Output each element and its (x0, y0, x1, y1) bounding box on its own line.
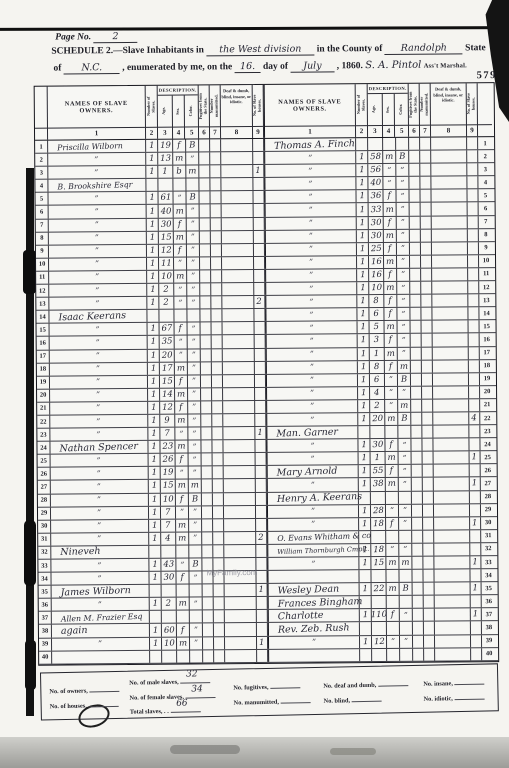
owner-name-cell: ” (266, 335, 358, 348)
entry-cell: 10 (161, 493, 176, 505)
entry-cell (222, 283, 254, 295)
entry-cell (225, 623, 257, 635)
entry-cell: ” (386, 544, 399, 556)
row-number-left: 39 (39, 638, 52, 650)
entry-cell: 1 (371, 452, 386, 464)
entry-cell: 1 (359, 557, 371, 569)
owner-name-cell: Henry A. Keerans (267, 492, 359, 505)
entry-cell: ” (176, 467, 189, 479)
entry-cell (253, 178, 264, 190)
owner-name-cell: ” (49, 218, 147, 231)
entry-cell: 40 (159, 205, 174, 217)
entry-cell: ” (189, 506, 202, 518)
owner-name-cell (267, 570, 359, 583)
entry-cell: 5 (370, 321, 385, 333)
entry-cell: 1 (357, 217, 369, 229)
entry-cell (470, 569, 481, 581)
entry-cell (222, 257, 254, 269)
entry-cell: 1 (148, 415, 160, 427)
footer-insane-block: No. insane, No. idiotic, (423, 677, 485, 707)
entry-cell (221, 191, 253, 203)
entry-cell (201, 388, 212, 400)
owner-name-cell: ” (49, 258, 147, 271)
entry-cell (210, 192, 221, 204)
entry-cell (410, 242, 421, 254)
enumerated-label: , enumerated by me, on the (122, 62, 232, 73)
entry-cell (255, 375, 266, 387)
entry-cell: B (396, 151, 409, 163)
entry-cell: 1 (358, 374, 370, 386)
entry-cell (383, 138, 396, 150)
entry-cell: ” (187, 283, 200, 295)
owner-name-cell: ” (267, 452, 359, 465)
entry-cell: 1 (357, 230, 369, 242)
year-label: , 1860. (337, 61, 363, 71)
entry-cell (223, 322, 255, 334)
entry-cell (467, 163, 478, 175)
blind-label: No. blind, (324, 697, 351, 705)
owner-name-cell: Mary Arnold (267, 466, 359, 479)
entry-cell (423, 478, 434, 490)
entry-cell: 1 (146, 140, 158, 152)
entry-cell: 1 (357, 204, 369, 216)
col-description-right: DESCRIPTION. Age.3 Sex.4 Color.5 (368, 84, 409, 137)
row-number-left: 16 (37, 337, 50, 349)
entry-cell: f (175, 323, 188, 335)
entry-cell: f (175, 401, 188, 413)
row-number-left: 3 (35, 167, 48, 179)
entry-cell: ” (190, 598, 203, 610)
entry-cell: ” (387, 635, 400, 647)
owner-name-cell: ” (268, 636, 360, 649)
entry-cell: 36 (368, 190, 383, 202)
female-slaves-value: 34 (191, 684, 203, 694)
entry-cell (409, 190, 420, 202)
entry-cell: 60 (162, 624, 177, 636)
owner-name-cell: ” (51, 493, 149, 506)
entry-cell (225, 610, 257, 622)
entry-cell (202, 454, 213, 466)
entry-cell (431, 150, 467, 162)
entry-cell (225, 650, 257, 662)
owner-name-cell: ” (265, 230, 357, 243)
entry-cell (411, 386, 422, 398)
owner-name-cell: ” (267, 479, 359, 492)
entry-cell (399, 531, 412, 543)
entry-cell: ” (398, 334, 411, 346)
entry-cell (174, 310, 187, 322)
entry-cell (201, 349, 212, 361)
row-number-left: 32 (38, 547, 51, 559)
owner-name-cell: ” (49, 271, 147, 284)
entry-cell: 6 (369, 308, 384, 320)
entry-cell (467, 150, 478, 162)
entry-cell (432, 294, 468, 306)
entry-cell (256, 506, 267, 518)
entry-cell (420, 177, 431, 189)
entry-cell (468, 268, 479, 280)
entry-cell: 14 (160, 388, 175, 400)
entry-cell: 1 (147, 258, 159, 270)
entry-cell (222, 296, 254, 308)
entry-cell: ” (397, 229, 410, 241)
row-number-left: 18 (37, 363, 50, 375)
entry-cell (413, 609, 424, 621)
entry-cell: 1 (470, 517, 481, 529)
owner-name-cell: ” (266, 348, 358, 361)
entry-cell (409, 151, 420, 163)
entry-cell: 1 (470, 451, 481, 463)
entry-cell (212, 323, 223, 335)
entry-cell (423, 543, 434, 555)
owner-name-cell: ” (265, 243, 357, 256)
owner-name-cell: ” (50, 415, 148, 428)
owner-name-cell: William Thornburgh Cmplt. (267, 544, 359, 557)
owner-name-cell: ” (50, 376, 148, 389)
entry-cell (221, 152, 253, 164)
col-number-of-slaves-left: Number of Slaves. 2 (146, 86, 158, 139)
entry-cell: 1 (358, 400, 370, 412)
entry-cell: 15 (371, 557, 386, 569)
entry-cell (190, 585, 203, 597)
row-number-right: 32 (481, 543, 495, 555)
entry-cell (412, 530, 423, 542)
entry-cell: ” (397, 269, 410, 281)
owner-name-cell: ” (51, 454, 149, 467)
row-number-left: 38 (39, 625, 52, 637)
entry-cell (433, 347, 469, 359)
entry-cell (221, 139, 253, 151)
entry-cell (422, 334, 433, 346)
entry-cell: 11 (159, 257, 174, 269)
entry-cell: 56 (368, 164, 383, 176)
entry-cell: 110 (372, 609, 387, 621)
entry-cell (201, 323, 212, 335)
row-number-left: 26 (38, 468, 51, 480)
entry-cell: ” (187, 218, 200, 230)
entry-cell (162, 650, 177, 662)
row-number-left: 40 (39, 651, 52, 663)
schedule-table: NAMES OF SLAVE OWNERS. 1 Number of Slave… (34, 82, 500, 665)
entry-cell: ” (174, 257, 187, 269)
entry-cell (371, 492, 386, 504)
row-number-right: 8 (479, 229, 493, 241)
entry-cell: 30 (369, 217, 384, 229)
owner-name-cell: Frances Bingham (268, 596, 360, 609)
entry-cell: 1 (359, 505, 371, 517)
entry-cell (410, 308, 421, 320)
entry-cell: ” (398, 387, 411, 399)
entry-cell (399, 491, 412, 503)
entry-cell: ” (188, 441, 201, 453)
owner-name-cell: ” (51, 480, 149, 493)
entry-cell (433, 321, 469, 333)
entry-cell (254, 270, 265, 282)
entry-cell: ” (187, 297, 200, 309)
entry-cell: ” (186, 153, 199, 165)
entry-cell: 10 (162, 637, 177, 649)
idiotic-label: No. idiotic, (424, 695, 453, 703)
row-number-right: 19 (480, 373, 494, 385)
entry-cell (161, 546, 176, 558)
entry-cell (410, 216, 421, 228)
division-blank: the West division (206, 44, 314, 57)
entry-cell: 17 (160, 362, 175, 374)
entry-cell: 1 (358, 335, 370, 347)
owner-name-cell: ” (265, 204, 357, 217)
entry-cell (411, 321, 422, 333)
entry-cell: f (385, 360, 398, 372)
entry-cell (423, 517, 434, 529)
entry-cell (434, 504, 470, 516)
entry-cell (210, 139, 221, 151)
entry-cell (412, 452, 423, 464)
entry-cell: 1 (147, 218, 159, 230)
entry-cell (202, 467, 213, 479)
entry-cell (371, 570, 386, 582)
entry-cell: 1 (255, 427, 266, 439)
entry-cell: 1 (158, 166, 173, 178)
entry-cell: f (384, 308, 397, 320)
state-value: N.C. (81, 62, 102, 73)
entry-cell (412, 517, 423, 529)
male-slaves-value: 32 (186, 669, 198, 679)
owner-name-cell: Allen M. Frazier Esq (52, 611, 150, 624)
owner-name-cell: ” (52, 637, 150, 650)
entry-cell: 1 (359, 452, 371, 464)
entry-cell (413, 596, 424, 608)
entry-cell (221, 165, 253, 177)
entry-cell: m (177, 598, 190, 610)
entry-cell (424, 609, 435, 621)
entry-cell (413, 648, 424, 660)
entry-cell: ” (385, 374, 398, 386)
entry-cell: 1 (360, 583, 372, 595)
row-number-left: 24 (37, 442, 50, 454)
entry-cell (424, 622, 435, 634)
entry-cell (255, 440, 266, 452)
entry-cell: m (383, 151, 396, 163)
entry-cell: 1 (147, 244, 159, 256)
table-body: 1Priscilla Wilborn119fBThomas A. Finch12… (35, 137, 498, 664)
schedule-title-line: SCHEDULE 2.—Slave Inhabitants in the Wes… (51, 42, 485, 57)
entry-cell (424, 648, 435, 660)
entry-cell (203, 650, 214, 662)
entry-cell (431, 177, 467, 189)
entry-cell: 1 (149, 467, 161, 479)
entry-cell (213, 545, 224, 557)
entry-cell (212, 388, 223, 400)
table-row: 4040 (39, 648, 498, 665)
owner-name-cell: ” (48, 166, 146, 179)
entry-cell: ” (174, 297, 187, 309)
entry-cell (433, 399, 469, 411)
entry-cell (213, 506, 224, 518)
entry-cell: 61 (158, 192, 173, 204)
entry-cell: f (385, 439, 398, 451)
entry-cell (211, 244, 222, 256)
entry-cell (189, 545, 202, 557)
entry-cell (257, 610, 268, 622)
entry-cell (254, 204, 265, 216)
entry-cell (150, 650, 162, 662)
entry-cell (433, 373, 469, 385)
entry-cell: ” (188, 401, 201, 413)
entry-cell (223, 427, 255, 439)
entry-cell: 19 (158, 140, 173, 152)
entry-cell (422, 413, 433, 425)
entry-cell: ” (396, 190, 409, 202)
entry-cell: ” (189, 532, 202, 544)
owner-name-cell: ” (266, 413, 358, 426)
entry-cell (162, 585, 177, 597)
row-number-left: 12 (36, 285, 49, 297)
col-names-left: NAMES OF SLAVE OWNERS. 1 (48, 86, 146, 140)
owner-name-cell: ” (50, 349, 148, 362)
entry-cell (203, 598, 214, 610)
entry-cell: 8 (369, 295, 384, 307)
entry-cell (255, 388, 266, 400)
entry-cell (254, 309, 265, 321)
owner-name-cell: ” (264, 164, 356, 177)
entry-cell (214, 624, 225, 636)
entry-cell: 1 (146, 192, 158, 204)
entry-cell (177, 585, 190, 597)
entry-cell: ” (187, 257, 200, 269)
row-number-right: 36 (482, 595, 496, 607)
entry-cell: 1 (146, 166, 158, 178)
entry-cell (203, 611, 214, 623)
entry-cell (224, 506, 256, 518)
row-number-right: 12 (479, 281, 493, 293)
owner-name-cell: Nathan Spencer (50, 441, 148, 454)
entry-cell (149, 546, 161, 558)
state-blank: N.C. (64, 62, 120, 74)
entry-cell: 15 (160, 375, 175, 387)
entry-cell (256, 479, 267, 491)
entry-cell (469, 321, 480, 333)
entry-cell: 1 (148, 428, 160, 440)
entry-cell: m (398, 400, 411, 412)
entry-cell: m (175, 414, 188, 426)
entry-cell (424, 596, 435, 608)
entry-cell (410, 295, 421, 307)
owner-name-cell: ” (267, 505, 359, 518)
entry-cell: 3 (370, 334, 385, 346)
entry-cell (256, 453, 267, 465)
marshal-label: Ass't Marshal. (424, 62, 467, 69)
entry-cell: 55 (371, 465, 386, 477)
entry-cell (210, 165, 221, 177)
entry-cell (256, 558, 267, 570)
entry-cell: ” (397, 295, 410, 307)
entry-cell: 1 (148, 336, 160, 348)
owner-name-cell: ” (51, 572, 149, 585)
entry-cell: m (384, 230, 397, 242)
entry-cell (202, 506, 213, 518)
entry-cell (368, 138, 383, 150)
entry-cell: ” (398, 321, 411, 333)
entry-cell (256, 571, 267, 583)
row-number-right: 38 (482, 622, 496, 634)
row-number-right: 22 (480, 412, 494, 424)
entry-cell (358, 426, 370, 438)
entry-cell (202, 532, 213, 544)
entry-cell (200, 310, 211, 322)
entry-cell (411, 426, 422, 438)
owner-name-cell: ” (50, 428, 148, 441)
entry-cell: f (386, 465, 399, 477)
page-no-label: Page No. (55, 32, 91, 42)
entry-cell: 1 (471, 582, 482, 594)
row-number-right: 35 (482, 582, 496, 594)
col-deaf-dumb-left: Deaf & dumb, blind, insane, or idiotic. … (221, 85, 253, 138)
entry-cell: 58 (368, 151, 383, 163)
entry-cell (433, 425, 469, 437)
entry-cell: 4 (161, 532, 176, 544)
row-number-right: 20 (480, 386, 494, 398)
entry-cell (210, 152, 221, 164)
entry-cell: 1 (471, 609, 482, 621)
row-number-right: 11 (479, 268, 493, 280)
entry-cell: 1 (358, 413, 370, 425)
owner-name-cell: Thomas A. Finch (264, 138, 356, 151)
entry-cell (213, 453, 224, 465)
row-number-right: 4 (478, 176, 492, 188)
entry-cell: 1 (149, 480, 161, 492)
owner-name-cell: ” (266, 439, 358, 452)
entry-cell (202, 519, 213, 531)
entry-cell (422, 360, 433, 372)
entry-cell (432, 216, 468, 228)
entry-cell (435, 596, 471, 608)
entry-cell (409, 164, 420, 176)
entry-cell (410, 269, 421, 281)
owner-name-cell: ” (265, 282, 357, 295)
entry-cell (356, 138, 368, 150)
entry-cell (421, 242, 432, 254)
recap-footer: No. of owners, No. of houses, No. of mal… (40, 663, 499, 720)
entry-cell (203, 624, 214, 636)
owner-name-cell: ” (265, 269, 357, 282)
row-number-right: 14 (479, 307, 493, 319)
entry-cell: ” (383, 177, 396, 189)
row-number-right: 23 (480, 425, 494, 437)
entry-cell (222, 270, 254, 282)
marshal-signature: S. A. Pintol (365, 60, 421, 71)
entry-cell (470, 530, 481, 542)
entry-cell: ” (398, 347, 411, 359)
entry-cell (433, 334, 469, 346)
entry-cell (421, 216, 432, 228)
owner-name-cell: ” (265, 295, 357, 308)
entry-cell: m (385, 321, 398, 333)
entry-cell (434, 491, 470, 503)
owner-name-cell: ” (266, 322, 358, 335)
entry-cell (435, 648, 471, 660)
row-number-left: 19 (37, 376, 50, 388)
entry-cell: f (177, 624, 190, 636)
entry-cell: 1 (359, 518, 371, 530)
owner-name-cell: ” (266, 374, 358, 387)
entry-cell: ” (385, 400, 398, 412)
owner-name-cell: ” (50, 323, 148, 336)
county-value: Randolph (401, 42, 447, 53)
entry-cell: ” (189, 572, 202, 584)
owner-name-cell: Nineveh (51, 546, 149, 559)
entry-cell: 1 (358, 321, 370, 333)
entry-cell (199, 192, 210, 204)
